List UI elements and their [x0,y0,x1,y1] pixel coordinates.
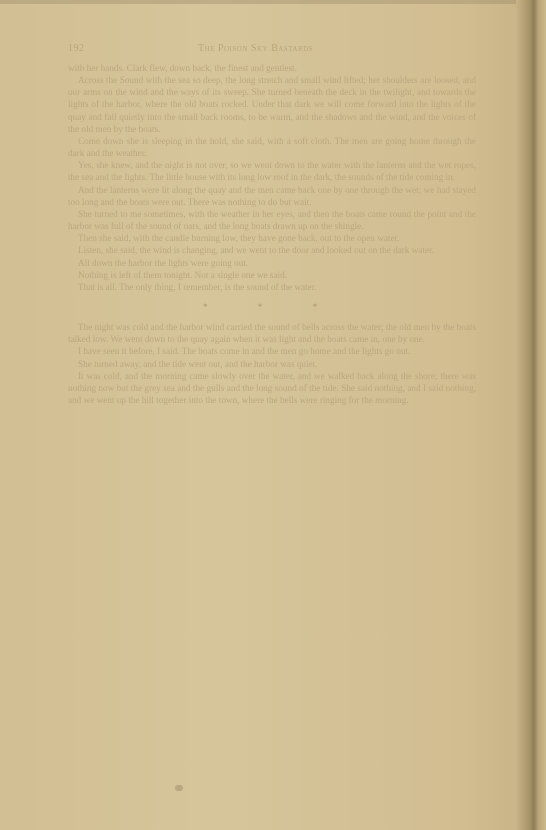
paragraph: The night was cold and the harbor wind c… [68,321,476,345]
section-1: with her hands. Clark flew, down back, t… [68,62,476,293]
paragraph: Then she said, with the candle burning l… [68,232,476,244]
paragraph: It was cold, and the morning came slowly… [68,370,476,406]
running-title: The Poison Sky Bastards [198,43,313,54]
page-header: 192 The Poison Sky Bastards [68,43,478,57]
paragraph: She turned to me sometimes, with the wea… [68,208,476,232]
paragraph: with her hands. Clark flew, down back, t… [68,62,476,74]
paragraph: Across the Sound with the sea so deep, t… [68,74,476,135]
paragraph: Listen, she said, the wind is changing, … [68,244,476,256]
paragraph: All down the harbor the lights were goin… [68,257,476,269]
page-smudge [175,785,183,791]
page-top-edge [0,0,546,4]
paragraph: Come down she is sleeping in the hold, s… [68,135,476,159]
book-page: 192 The Poison Sky Bastards with her han… [0,0,546,830]
book-gutter [516,0,546,830]
body-text: with her hands. Clark flew, down back, t… [68,62,476,406]
paragraph: That is all. The only thing, I remember,… [68,281,476,293]
section-2: The night was cold and the harbor wind c… [68,321,476,406]
paragraph: Nothing is left of them tonight. Not a s… [68,269,476,281]
paragraph: She turned away, and the tide went out, … [68,358,476,370]
paragraph: And the lanterns were lit along the quay… [68,184,476,208]
paragraph: Yes, she knew, and the night is not over… [68,159,476,183]
page-number: 192 [68,43,85,54]
section-separator: * * * [68,301,476,313]
paragraph: I have seen it before, I said. The boats… [68,345,476,357]
